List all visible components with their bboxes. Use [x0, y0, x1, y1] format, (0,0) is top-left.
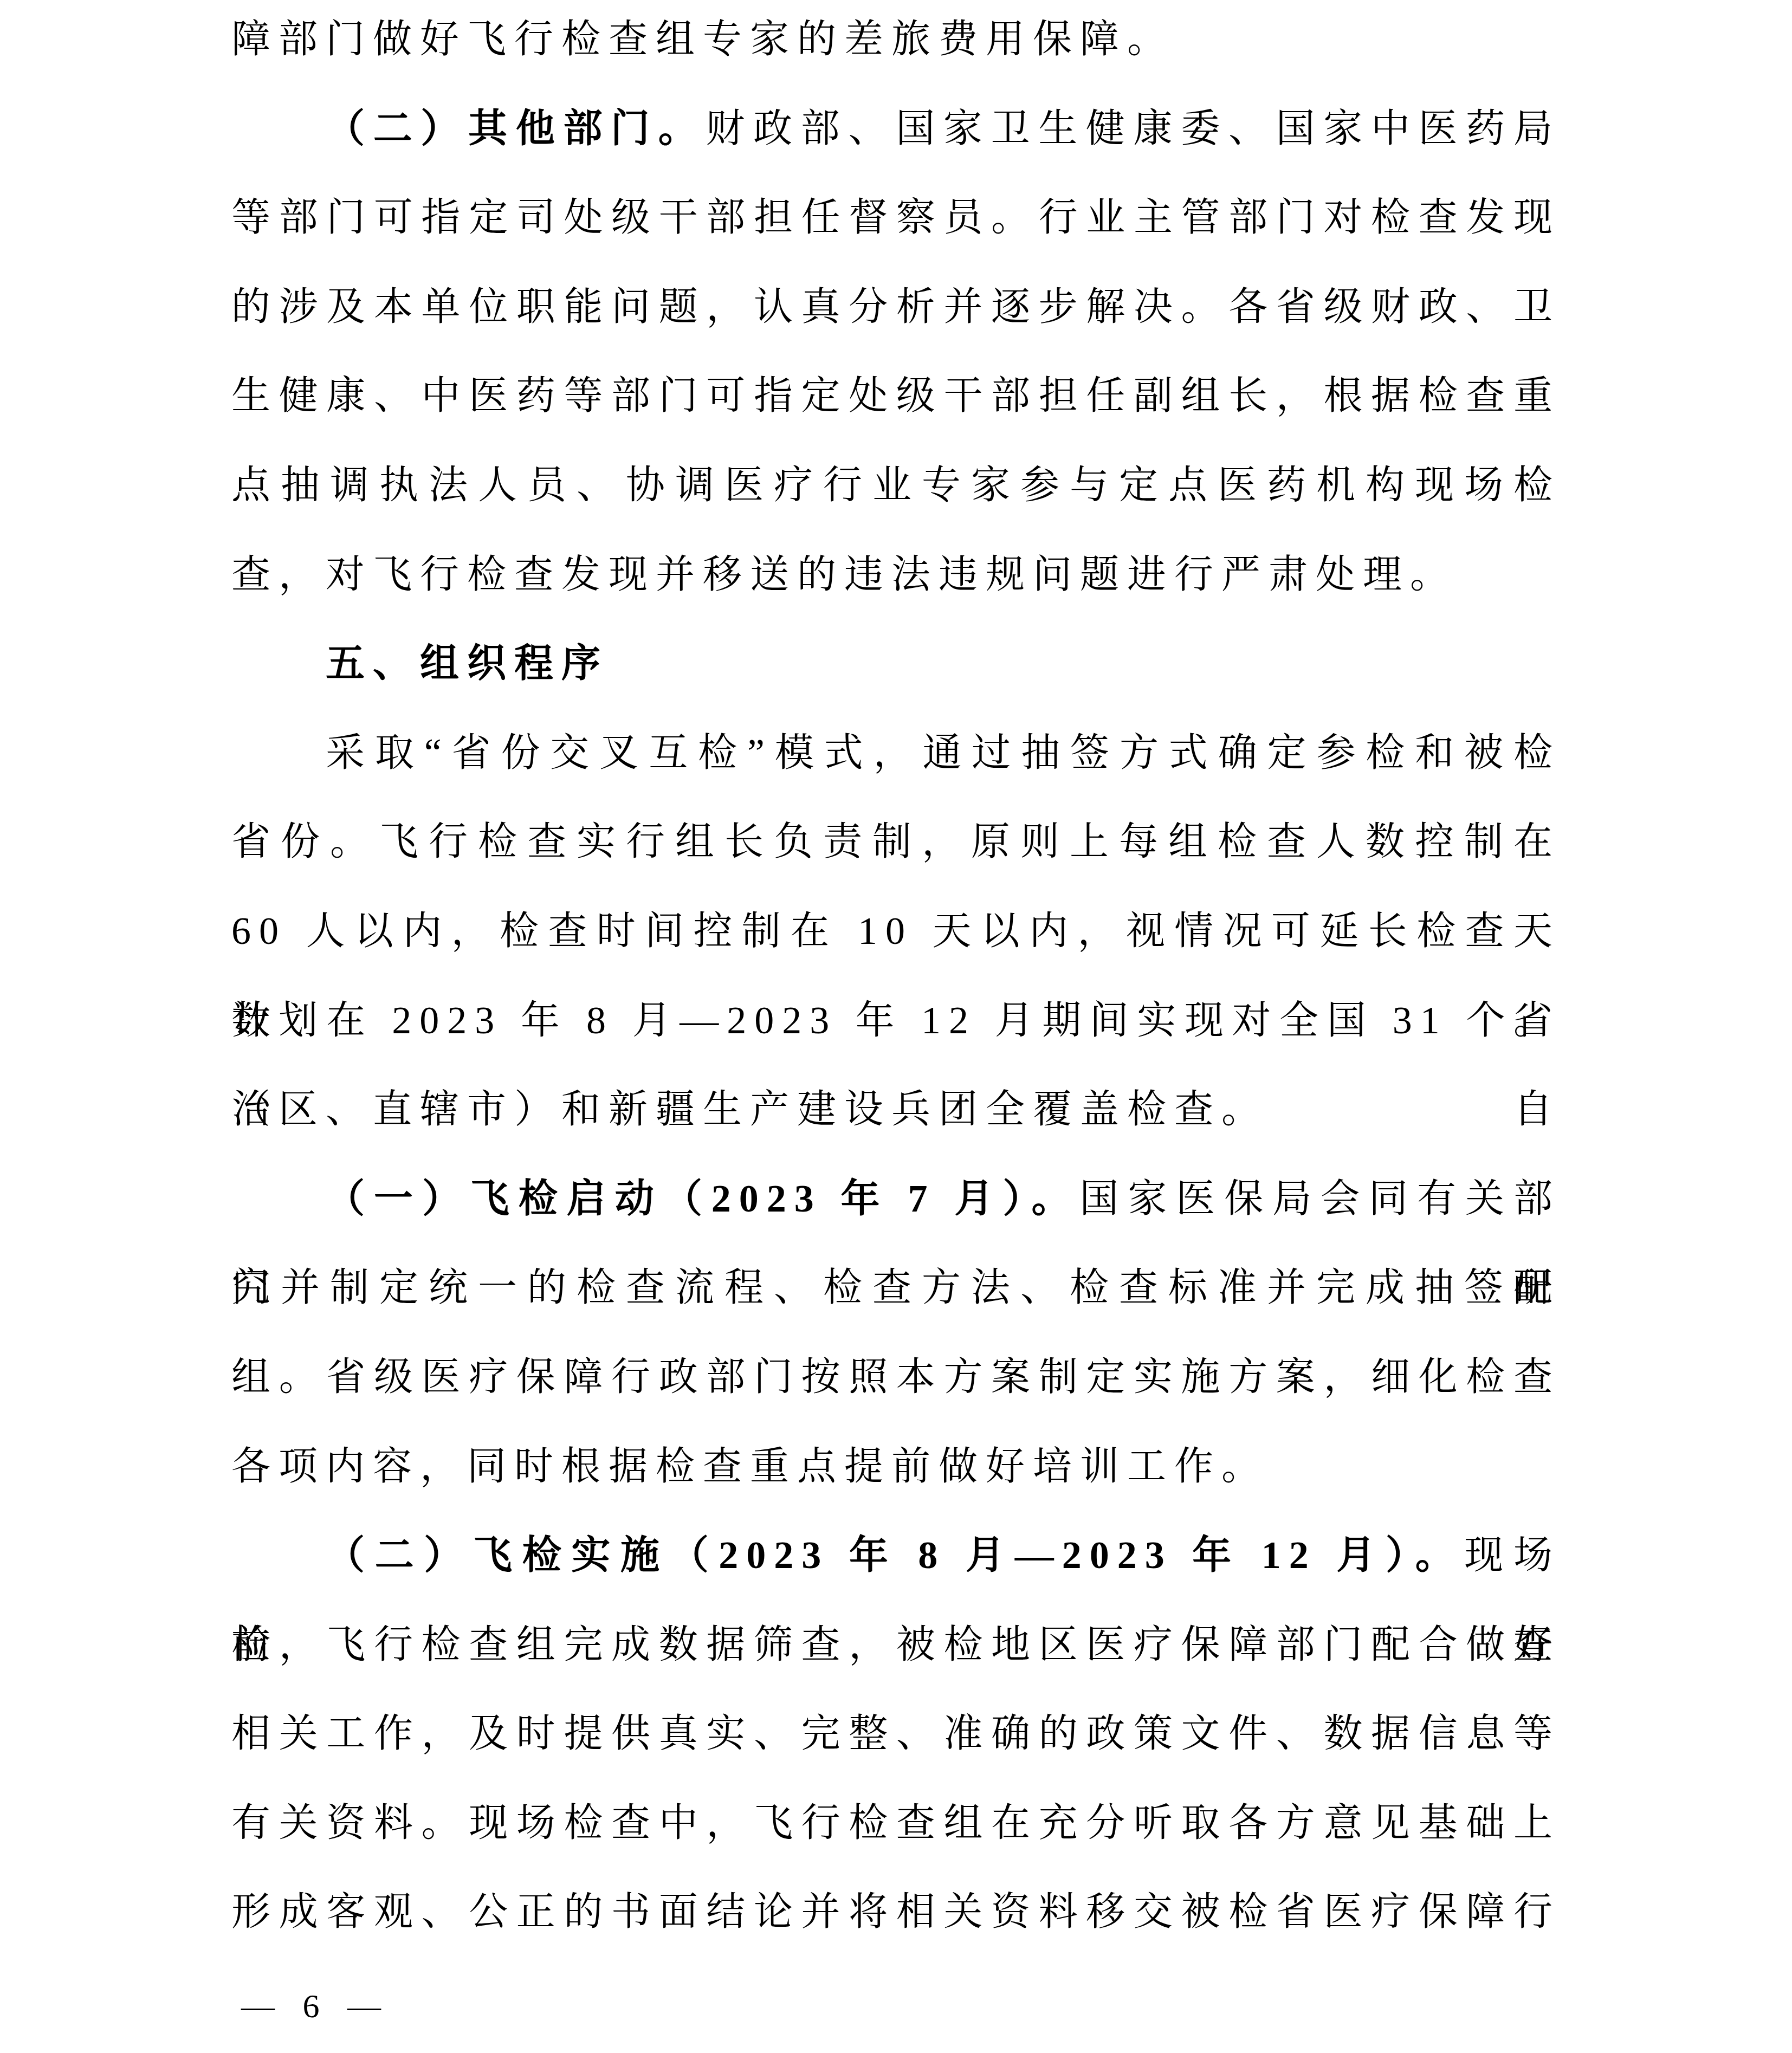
text-line: 有关资料。现场检查中，飞行检查组在充分听取各方意见基础上 — [231, 1778, 1561, 1868]
text-line: 生健康、中医药等部门可指定处级干部担任副组长，根据检查重 — [231, 351, 1561, 441]
text-line: 查，对飞行检查发现并移送的违法违规问题进行严肃处理。 — [231, 530, 1561, 619]
emphasis-text: （一）飞检启动（2023 年 7 月）。 — [326, 1177, 1079, 1220]
text-line: 组。省级医疗保障行政部门按照本方案制定实施方案，细化检查 — [231, 1332, 1561, 1422]
body-text: 障部门做好飞行检查组专家的差旅费用保障。 — [231, 17, 1174, 61]
text-line: 形成客观、公正的书面结论并将相关资料移交被检省医疗保障行 — [231, 1867, 1561, 1957]
text-line: 60 人以内，检查时间控制在 10 天以内，视情况可延长检查天数。 — [231, 886, 1561, 976]
text-line: 等部门可指定司处级干部担任督察员。行业主管部门对检查发现 — [231, 173, 1561, 262]
text-line: 障部门做好飞行检查组专家的差旅费用保障。 — [231, 0, 1561, 84]
text-body: 障部门做好飞行检查组专家的差旅费用保障。（二）其他部门。财政部、国家卫生健康委、… — [231, 0, 1561, 1957]
text-line: 采取“省份交叉互检”模式，通过抽签方式确定参检和被检 — [231, 708, 1561, 798]
emphasis-text: 五、组织程序 — [326, 642, 609, 685]
section-heading: 五、组织程序 — [231, 619, 1561, 708]
text-line: 相关工作，及时提供真实、完整、准确的政策文件、数据信息等 — [231, 1689, 1561, 1778]
body-text: 各项内容，同时根据检查重点提前做好培训工作。 — [231, 1445, 1269, 1488]
text-line: （一）飞检启动（2023 年 7 月）。国家医保局会同有关部门研 — [231, 1154, 1561, 1244]
body-text: 的涉及本单位职能问题，认真分析并逐步解决。各省级财政、卫 — [231, 285, 1561, 328]
text-line: 的涉及本单位职能问题，认真分析并逐步解决。各省级财政、卫 — [231, 262, 1561, 352]
text-line: 点抽调执法人员、协调医疗行业专家参与定点医药机构现场检 — [231, 441, 1561, 530]
page-number-footer: — 6 — — [241, 1987, 391, 2026]
text-line: （二）飞检实施（2023 年 8 月—2023 年 12 月）。现场检查 — [231, 1511, 1561, 1600]
body-text: 等部门可指定司处级干部担任督察员。行业主管部门对检查发现 — [231, 196, 1561, 239]
document-page: 障部门做好飞行检查组专家的差旅费用保障。（二）其他部门。财政部、国家卫生健康委、… — [0, 0, 1792, 2053]
text-line: 前，飞行检查组完成数据筛查，被检地区医疗保障部门配合做好 — [231, 1600, 1561, 1689]
body-text: 相关工作，及时提供真实、完整、准确的政策文件、数据信息等 — [231, 1712, 1561, 1755]
body-text: 前，飞行检查组完成数据筛查，被检地区医疗保障部门配合做好 — [231, 1623, 1561, 1666]
body-text: 组。省级医疗保障行政部门按照本方案制定实施方案，细化检查 — [231, 1355, 1561, 1398]
body-text: 财政部、国家卫生健康委、国家中医药局 — [706, 107, 1561, 150]
body-text: 治区、直辖市）和新疆生产建设兵团全覆盖检查。 — [231, 1087, 1269, 1131]
body-text: 查，对飞行检查发现并移送的违法违规问题进行严肃处理。 — [231, 553, 1457, 596]
body-text: 有关资料。现场检查中，飞行检查组在充分听取各方意见基础上 — [231, 1801, 1561, 1844]
body-text: 形成客观、公正的书面结论并将相关资料移交被检省医疗保障行 — [231, 1890, 1561, 1933]
body-text: 生健康、中医药等部门可指定处级干部担任副组长，根据检查重 — [231, 374, 1561, 417]
emphasis-text: （二）飞检实施（2023 年 8 月—2023 年 12 月）。 — [326, 1533, 1464, 1577]
text-line: 省份。飞行检查实行组长负责制，原则上每组检查人数控制在 — [231, 797, 1561, 886]
body-text: 省份。飞行检查实行组长负责制，原则上每组检查人数控制在 — [231, 820, 1561, 863]
body-text: 点抽调执法人员、协调医疗行业专家参与定点医药机构现场检 — [231, 463, 1561, 507]
body-text: 究并制定统一的检查流程、检查方法、检查标准并完成抽签配 — [231, 1266, 1561, 1309]
body-text: 采取“省份交叉互检”模式，通过抽签方式确定参检和被检 — [326, 731, 1561, 774]
emphasis-text: （二）其他部门。 — [326, 107, 706, 150]
text-line: 各项内容，同时根据检查重点提前做好培训工作。 — [231, 1422, 1561, 1511]
text-line: 计划在 2023 年 8 月—2023 年 12 月期间实现对全国 31 个省（… — [231, 976, 1561, 1065]
text-line: 究并制定统一的检查流程、检查方法、检查标准并完成抽签配 — [231, 1243, 1561, 1332]
text-line: （二）其他部门。财政部、国家卫生健康委、国家中医药局 — [231, 84, 1561, 173]
